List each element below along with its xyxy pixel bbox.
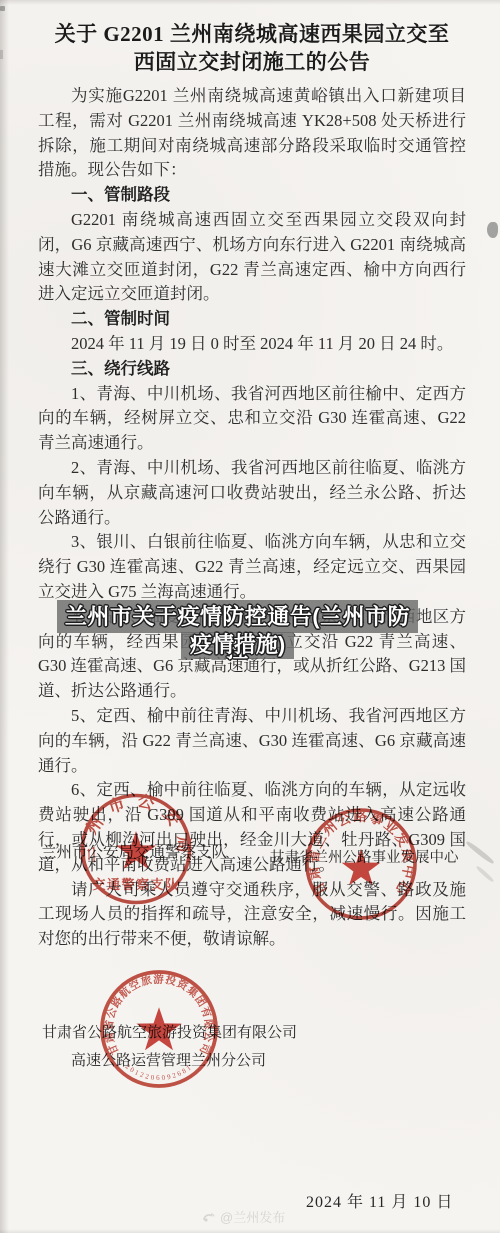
intro-paragraph: 为实施G2201 兰州南绕城高速黄峪镇出入口新建项目工程，需对 G2201 兰州… [38,84,466,183]
notice-title-line2: 西固立交封闭施工的公告 [134,50,371,74]
scan-edge-shadow-left [0,0,9,1233]
notice-title-line1: 关于 G2201 兰州南绕城高速西果园立交至 [55,22,450,46]
official-seal-icon-police: 兰州市公安局 交通警察支队 [77,792,195,908]
star-icon [342,849,381,886]
section3-heading: 三、绕行线路 [38,357,466,382]
scan-edge-shadow-bottom [0,1229,500,1233]
watermark-banner-line2: 疫情措施) [190,632,285,657]
detour-item-5: 5、定西、榆中前往青海、中川机场、我省河西地区方向的车辆，沿 G22 青兰高速、… [38,704,466,778]
detour-item-1: 1、青海、中川机场、我省河西地区前往榆中、定西方向的车辆，经树屏立交、忠和立交沿… [38,382,466,456]
official-seal-icon-highway-center: 甘肃省兰州公路事业发展中心 [300,806,422,924]
detour-item-3: 3、银川、白银前往临夏、临洮方向车辆，从忠和立交绕行 G30 连霍高速、G22 … [38,530,466,604]
section1-heading: 一、管制路段 [38,183,466,208]
weibo-logo-icon [202,1210,217,1223]
scan-artifact-streak [475,865,494,883]
scan-artifact-blob [487,222,498,238]
star-icon [116,831,156,869]
epidemic-notice-watermark-banner: 兰州市关于疫情防控通告(兰州市防控 疫情措施) [57,600,418,659]
notice-title: 关于 G2201 兰州南绕城高速西果园立交至 西固立交封闭施工的公告 [38,20,466,76]
star-icon [136,1007,181,1050]
source-watermark-text: @兰州发布 [220,1207,285,1226]
scan-artifact-mark [0,6,5,11]
seal1-bottom-text: 交通警察支队 [92,877,179,892]
section2-heading: 二、管制时间 [38,307,466,332]
scanned-notice-page: 关于 G2201 兰州南绕城高速西果园立交至 西固立交封闭施工的公告 为实施G2… [0,0,500,1233]
source-watermark: @兰州发布 [202,1207,285,1226]
scan-edge-shadow-top [0,0,500,5]
scan-artifact-streak [465,840,495,865]
issue-date: 2024 年 11 月 10 日 [306,1189,453,1212]
scan-artifact-mark [0,50,3,59]
section2-paragraph: 2024 年 11 月 19 日 0 时至 2024 年 11 月 20 日 2… [38,332,466,357]
detour-item-2: 2、青海、中川机场、我省河西地区前往临夏、临洮方向车辆，从京藏高速河口收费站驶出… [38,456,466,530]
official-seal-icon-investment-group: 甘肃省公路航空旅游投资集团有限公司 2012206092681 [95,967,223,1093]
section1-paragraph: G2201 南绕城高速西固立交至西果园立交段双向封闭，G6 京藏高速西宁、机场方… [38,208,466,307]
